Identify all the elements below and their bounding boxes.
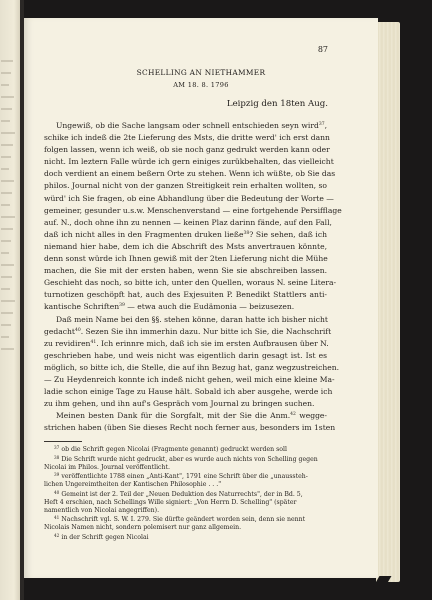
footnote-40: Heft 4 erschien, nach Schellings Wille s…	[44, 499, 327, 507]
body-line-text: philos. Journal nicht von der ganzen Str…	[44, 181, 327, 190]
body-line: strichen haben (üben Sie dieses Recht no…	[44, 422, 327, 434]
body-line-text: wegge-	[296, 411, 327, 420]
body-line-text: denn sonst würde ich Ihnen gewiß mit der…	[44, 254, 328, 263]
facing-page-text-ghost	[1, 168, 9, 170]
body-line-text: . Ich erinnre mich, daß ich sie im erste…	[96, 339, 329, 348]
body-line-text: folgen lassen, wenn ich weiß, ob sie noc…	[44, 145, 330, 154]
facing-page-text-ghost	[1, 324, 11, 326]
body-line: philos. Journal nicht von der ganzen Str…	[44, 180, 327, 192]
body-line: machen, die Sie mit der ersten haben, we…	[44, 265, 327, 277]
footnote-number: 39	[54, 472, 59, 477]
body-line: kantische Schriften39 — etwa auch die Eu…	[44, 301, 327, 313]
body-line: — Zu Heydenreich konnte ich indeß nicht …	[44, 374, 327, 386]
facing-page-text-ghost	[1, 180, 14, 182]
footnote-38: Nicolai im Philos. Journal veröffentlich…	[44, 464, 327, 472]
footnote-39: lichen Ungereimtheiten der Kantischen Ph…	[44, 481, 327, 489]
facing-page-text-ghost	[1, 264, 14, 266]
footnote-number: 38	[54, 455, 59, 460]
body-line-text: — Zu Heydenreich konnte ich indeß nicht …	[44, 375, 335, 384]
body-line-text: ? Sie sehen, daß ich	[249, 230, 327, 239]
footnote-number: 41	[54, 515, 59, 520]
footnote-41: Nicolais Namen nicht, sondern polemisert…	[44, 524, 327, 532]
body-line-text: zu ihm gehen, und ihn auf's Gespräch vom…	[44, 399, 314, 408]
facing-page-text-ghost	[1, 156, 11, 158]
body-line-text: doch verdient an einem beßern Orte zu st…	[44, 169, 335, 178]
footnote-text: Nicolai im Philos. Journal veröffentlich…	[44, 464, 170, 471]
body-line: zu revidiren41. Ich erinnre mich, daß ic…	[44, 338, 327, 350]
body-line-text: turnotizen geschöpft hat, auch des Exjes…	[44, 290, 327, 299]
body-line-text: Daß mein Name bei den §§. stehen könne, …	[56, 315, 328, 324]
body-line-text: — etwa auch die Eudämonia — beizusezen.	[125, 302, 294, 311]
footnote-text: Die Schrift wurde nicht gedruckt, aber e…	[61, 456, 317, 463]
footnote-number: 40	[54, 490, 59, 495]
body-line-text: gemeiner, gesunder u.s.w. Menschenversta…	[44, 206, 342, 215]
facing-page-text-ghost	[1, 240, 11, 242]
facing-page-text-ghost	[1, 276, 12, 278]
body-line-text: . Sezen Sie ihn immerhin dazu. Nur bitte…	[81, 327, 331, 336]
footnote-text: Nicolais Namen nicht, sondern polemisert…	[44, 524, 241, 531]
body-line-text: nicht. Im leztern Falle würde ich gern e…	[44, 157, 334, 166]
body-line: zu ihm gehen, und ihn auf's Gespräch vom…	[44, 398, 327, 410]
place-and-date: Leipzig den 18ten Aug.	[227, 99, 328, 109]
body-line: ladie schon einige Tage zu Hause hält. S…	[44, 386, 327, 398]
letter-body: Ungewiß, ob die Sache langsam oder schne…	[44, 120, 327, 434]
body-line: schike ich indeß die 2te Lieferung des M…	[44, 132, 327, 144]
footnote-text: Heft 4 erschien, nach Schellings Wille s…	[44, 499, 296, 506]
page-stack-edge	[376, 22, 400, 582]
body-line: geschrieben habe, und weis nicht was eig…	[44, 350, 327, 362]
body-line-text: auf. N., doch ohne ihn zu nennen — keine…	[44, 218, 332, 227]
body-line-text: strichen haben (üben Sie dieses Recht no…	[44, 423, 335, 432]
body-line: gedacht40. Sezen Sie ihn immerhin dazu. …	[44, 326, 327, 338]
facing-page-text-ghost	[1, 312, 13, 314]
footnote-number: 42	[54, 533, 59, 538]
body-line-text: Ungewiß, ob die Sache langsam oder schne…	[56, 121, 319, 130]
facing-page-text-ghost	[1, 144, 13, 146]
body-line: gemeiner, gesunder u.s.w. Menschenversta…	[44, 205, 327, 217]
facing-page-text-ghost	[1, 84, 9, 86]
footnote-text: Gemeint ist der 2. Teil der „Neuen Deduk…	[61, 491, 302, 498]
facing-page-text-ghost	[1, 96, 14, 98]
body-line: daß ich nicht alles in den Fragmenten dr…	[44, 229, 327, 241]
body-line: Daß mein Name bei den §§. stehen könne, …	[44, 314, 327, 326]
facing-page-text-ghost	[1, 132, 15, 134]
footnote-divider	[44, 441, 82, 442]
facing-page-text-ghost	[1, 288, 10, 290]
body-line-text: kantische Schriften	[44, 302, 119, 311]
facing-page-text-ghost	[1, 72, 11, 74]
footnote-40: namentlich von Nicolai angegriffen).	[44, 507, 327, 515]
footnote-text: lichen Ungereimtheiten der Kantischen Ph…	[44, 481, 221, 488]
facing-page-text-ghost	[1, 336, 9, 338]
body-line: Geschieht das noch, so bitte ich, unter …	[44, 277, 327, 289]
footnotes: 37ob die Schrift gegen Nicolai (Fragment…	[44, 444, 327, 542]
body-line: Meinen besten Dank für die Sorgfalt, mit…	[44, 410, 327, 422]
facing-page-text-ghost	[1, 60, 13, 62]
footnote-text: Nachschrift vgl. S. W. I. 279. Sie dürft…	[61, 516, 305, 523]
body-line-text: niemand hier habe, dem ich die Abschrift…	[44, 242, 327, 251]
facing-page-text-ghost	[1, 300, 15, 302]
book-page: 87 SCHELLING AN NIETHAMMER AM 18. 8. 179…	[24, 18, 378, 578]
body-line-text: würd' ich Sie fragen, ob eine Abhandlung…	[44, 194, 334, 203]
footnote-text: veröffentlichte 1788 einen „Anti-Kant", …	[61, 473, 308, 480]
body-line-text: gedacht	[44, 327, 75, 336]
facing-page-text-ghost	[1, 252, 9, 254]
footnote-text: namentlich von Nicolai angegriffen).	[44, 507, 159, 514]
body-line: turnotizen geschöpft hat, auch des Exjes…	[44, 289, 327, 301]
facing-page-text-ghost	[1, 120, 10, 122]
footnote-41: 41Nachschrift vgl. S. W. I. 279. Sie dür…	[44, 514, 327, 524]
body-line: auf. N., doch ohne ihn zu nennen — keine…	[44, 217, 327, 229]
footnote-text: in der Schrift gegen Nicolai	[61, 534, 148, 541]
body-line-text: daß ich nicht alles in den Fragmenten dr…	[44, 230, 243, 239]
letter-title: SCHELLING AN NIETHAMMER	[24, 68, 378, 77]
footnote-37: 37ob die Schrift gegen Nicolai (Fragment…	[44, 444, 327, 454]
facing-page-text-ghost	[1, 108, 12, 110]
body-line: nicht. Im leztern Falle würde ich gern e…	[44, 156, 327, 168]
footnote-40: 40Gemeint ist der 2. Teil der „Neuen Ded…	[44, 489, 327, 499]
facing-page-edge	[0, 0, 20, 600]
body-line: Ungewiß, ob die Sache langsam oder schne…	[44, 120, 327, 132]
facing-page-text-ghost	[1, 348, 14, 350]
body-line: doch verdient an einem beßern Orte zu st…	[44, 168, 327, 180]
body-line: möglich, so bitte ich, die Stelle, die a…	[44, 362, 327, 374]
letter-date: AM 18. 8. 1796	[24, 81, 378, 89]
body-line-text: geschrieben habe, und weis nicht was eig…	[44, 351, 327, 360]
body-line-text: zu revidiren	[44, 339, 90, 348]
body-line-text: Geschieht das noch, so bitte ich, unter …	[44, 278, 336, 287]
body-line-text: Meinen besten Dank für die Sorgfalt, mit…	[56, 411, 290, 420]
body-line: würd' ich Sie fragen, ob eine Abhandlung…	[44, 193, 327, 205]
footnote-39: 39veröffentlichte 1788 einen „Anti-Kant"…	[44, 471, 327, 481]
footnote-text: ob die Schrift gegen Nicolai (Fragmente …	[61, 446, 287, 453]
body-line-text: ,	[325, 121, 327, 130]
page-number: 87	[318, 45, 328, 54]
body-line-text: ladie schon einige Tage zu Hause hält. S…	[44, 387, 332, 396]
body-line-text: machen, die Sie mit der ersten haben, we…	[44, 266, 327, 275]
facing-page-text-ghost	[1, 192, 12, 194]
body-line-text: möglich, so bitte ich, die Stelle, die a…	[44, 363, 339, 372]
footnote-42: 42in der Schrift gegen Nicolai	[44, 532, 327, 542]
footnote-number: 37	[54, 445, 59, 450]
facing-page-text-ghost	[1, 216, 15, 218]
body-line: denn sonst würde ich Ihnen gewiß mit der…	[44, 253, 327, 265]
footnote-38: 38Die Schrift wurde nicht gedruckt, aber…	[44, 454, 327, 464]
body-line: folgen lassen, wenn ich weiß, ob sie noc…	[44, 144, 327, 156]
facing-page-text-ghost	[1, 204, 10, 206]
body-line: niemand hier habe, dem ich die Abschrift…	[44, 241, 327, 253]
facing-page-text-ghost	[1, 228, 13, 230]
body-line-text: schike ich indeß die 2te Lieferung des M…	[44, 133, 330, 142]
